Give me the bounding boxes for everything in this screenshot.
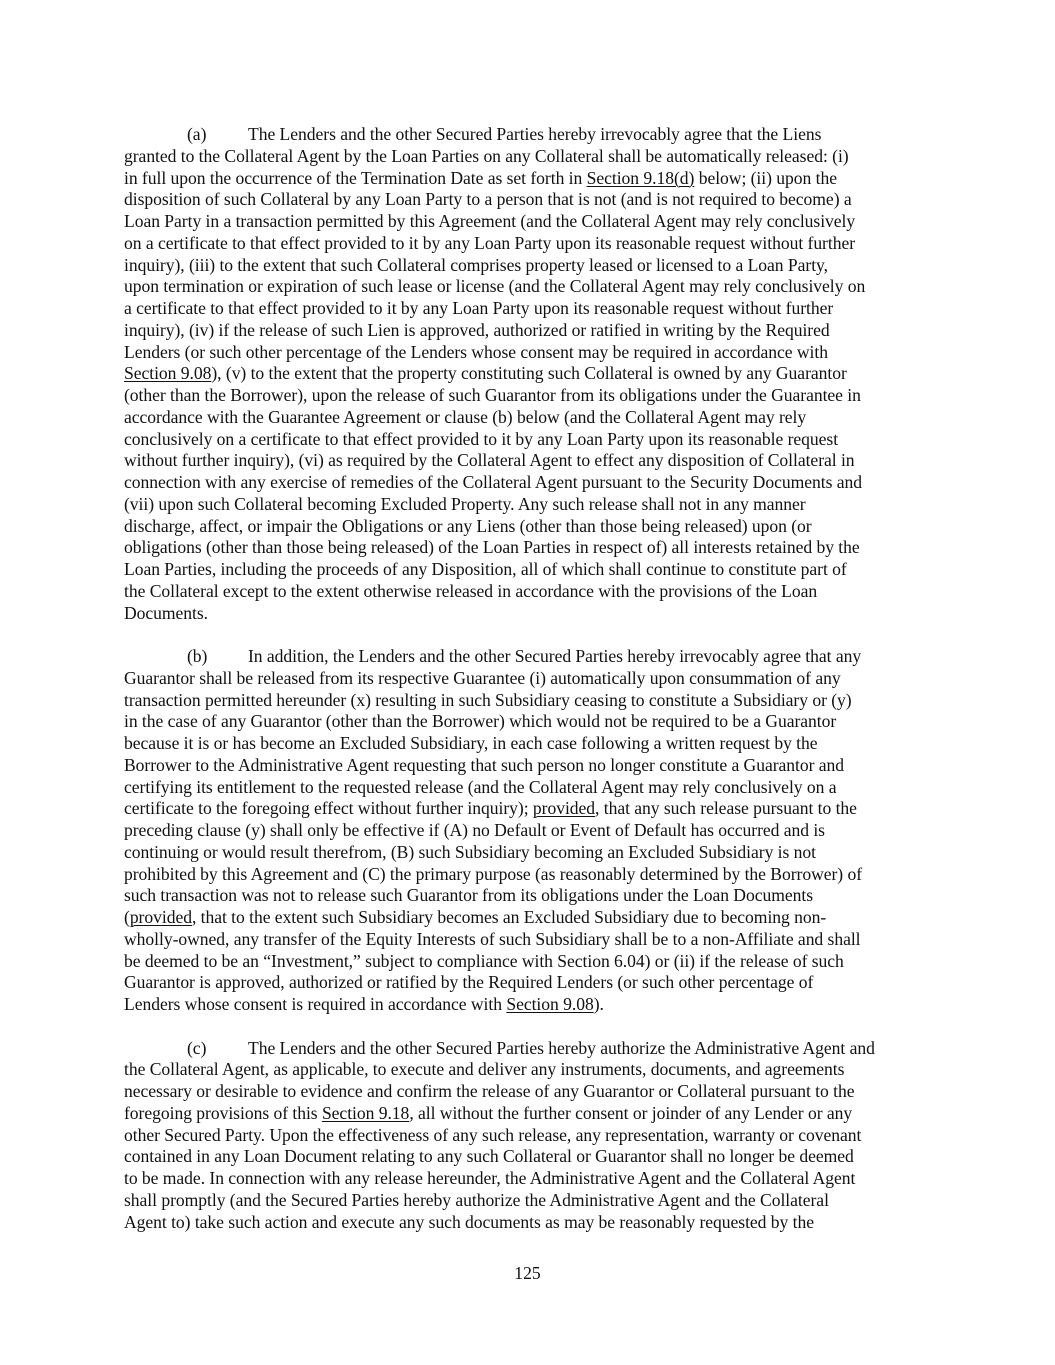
text-line: disposition of such Collateral by any Lo…	[124, 189, 934, 211]
text-line: inquiry), (iv) if the release of such Li…	[124, 320, 934, 342]
text-line: inquiry), (iii) to the extent that such …	[124, 255, 934, 277]
cross-reference: provided	[130, 907, 192, 927]
text-line: preceding clause (y) shall only be effec…	[124, 820, 934, 842]
text-line: transaction permitted hereunder (x) resu…	[124, 690, 934, 712]
text-line: a certificate to that effect provided to…	[124, 298, 934, 320]
text-line: the Collateral Agent, as applicable, to …	[124, 1059, 934, 1081]
text-line: Loan Parties, including the proceeds of …	[124, 559, 934, 581]
text-line: conclusively on a certificate to that ef…	[124, 429, 934, 451]
text-line: Borrower to the Administrative Agent req…	[124, 755, 934, 777]
clause-label: (a)	[124, 124, 248, 146]
text-line: wholly-owned, any transfer of the Equity…	[124, 929, 934, 951]
text-line: certifying its entitlement to the reques…	[124, 777, 934, 799]
text-line: such transaction was not to release such…	[124, 885, 934, 907]
cross-reference: Section 9.08	[124, 363, 211, 383]
text-line: (b)In addition, the Lenders and the othe…	[124, 646, 934, 668]
paragraph-a: (a)The Lenders and the other Secured Par…	[124, 124, 934, 624]
text-line: Agent to) take such action and execute a…	[124, 1212, 934, 1234]
text-line: (vii) upon such Collateral becoming Excl…	[124, 494, 934, 516]
text-line: because it is or has become an Excluded …	[124, 733, 934, 755]
text-line: Section 9.08), (v) to the extent that th…	[124, 363, 934, 385]
text-line: foregoing provisions of this Section 9.1…	[124, 1103, 934, 1125]
text-line: upon termination or expiration of such l…	[124, 276, 934, 298]
text-line: (a)The Lenders and the other Secured Par…	[124, 124, 934, 146]
cross-reference: provided	[533, 798, 595, 818]
text-line: prohibited by this Agreement and (C) the…	[124, 864, 934, 886]
text-line: Loan Party in a transaction permitted by…	[124, 211, 934, 233]
text-line: (provided, that to the extent such Subsi…	[124, 907, 934, 929]
clause-label: (c)	[124, 1038, 248, 1060]
paragraph-c: (c)The Lenders and the other Secured Par…	[124, 1038, 934, 1234]
text-line: other Secured Party. Upon the effectiven…	[124, 1125, 934, 1147]
text-line: accordance with the Guarantee Agreement …	[124, 407, 934, 429]
text-line: necessary or desirable to evidence and c…	[124, 1081, 934, 1103]
text-line: the Collateral except to the extent othe…	[124, 581, 934, 603]
text-line: obligations (other than those being rele…	[124, 537, 934, 559]
text-line: Documents.	[124, 603, 934, 625]
text-line: Lenders whose consent is required in acc…	[124, 994, 934, 1016]
text-line: Guarantor shall be released from its res…	[124, 668, 934, 690]
text-line: discharge, affect, or impair the Obligat…	[124, 516, 934, 538]
text-line: granted to the Collateral Agent by the L…	[124, 146, 934, 168]
text-line: contained in any Loan Document relating …	[124, 1146, 934, 1168]
page-number: 125	[0, 1263, 1055, 1284]
clause-label: (b)	[124, 646, 248, 668]
text-line: to be made. In connection with any relea…	[124, 1168, 934, 1190]
text-line: without further inquiry), (vi) as requir…	[124, 450, 934, 472]
text-line: in the case of any Guarantor (other than…	[124, 711, 934, 733]
text-line: on a certificate to that effect provided…	[124, 233, 934, 255]
text-line: Guarantor is approved, authorized or rat…	[124, 972, 934, 994]
text-line: be deemed to be an “Investment,” subject…	[124, 951, 934, 973]
paragraph-b: (b)In addition, the Lenders and the othe…	[124, 646, 934, 1016]
text-line: shall promptly (and the Secured Parties …	[124, 1190, 934, 1212]
text-line: continuing or would result therefrom, (B…	[124, 842, 934, 864]
cross-reference: Section 9.18	[322, 1103, 409, 1123]
cross-reference: Section 9.18(d)	[587, 168, 695, 188]
text-line: Lenders (or such other percentage of the…	[124, 342, 934, 364]
text-line: certificate to the foregoing effect with…	[124, 798, 934, 820]
text-line: (other than the Borrower), upon the rele…	[124, 385, 934, 407]
text-line: in full upon the occurrence of the Termi…	[124, 168, 934, 190]
document-page: (a)The Lenders and the other Secured Par…	[124, 124, 934, 1255]
text-line: connection with any exercise of remedies…	[124, 472, 934, 494]
cross-reference: Section 9.08	[506, 994, 593, 1014]
text-line: (c)The Lenders and the other Secured Par…	[124, 1038, 934, 1060]
